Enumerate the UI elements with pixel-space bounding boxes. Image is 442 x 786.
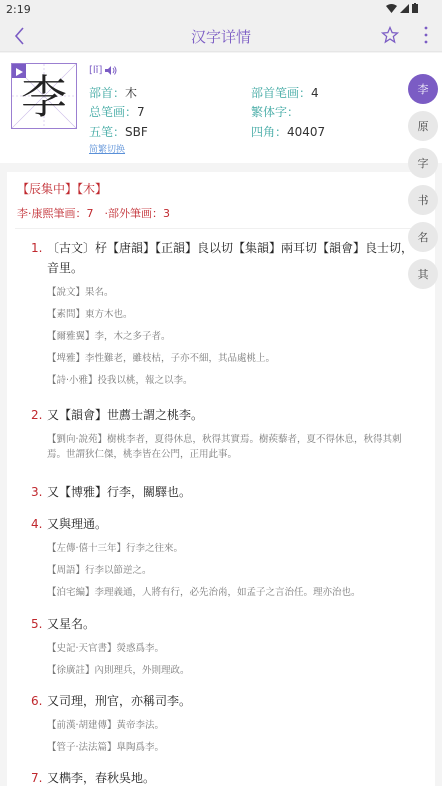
section-side-nav: 李 原 字 书 名 其 bbox=[408, 74, 438, 296]
citation: 【左傳·僖十三年】行李之往來。 bbox=[47, 541, 417, 556]
definition-number: 4. bbox=[31, 514, 42, 534]
app-bar: 汉字详情 bbox=[0, 20, 442, 52]
divider bbox=[15, 228, 427, 229]
battery-icon bbox=[412, 3, 418, 13]
definition-text: 又【博雅】行李，關驛也。 bbox=[47, 482, 417, 502]
signal-icon bbox=[400, 4, 409, 13]
side-nav-yuan[interactable]: 原 bbox=[408, 111, 438, 141]
citation: 【爾雅翼】李，木之多子者。 bbox=[47, 329, 417, 344]
definition-text: 〔古文〕杍【唐韻】【正韻】良以切【集韻】兩耳切【韻會】良士切，𣐈音里。 bbox=[47, 238, 417, 278]
definition-text: 又與理通。 bbox=[47, 514, 417, 534]
play-stroke-button[interactable] bbox=[12, 64, 26, 78]
kangxi-heading: 【辰集中】【木】 bbox=[17, 180, 107, 197]
side-nav-qi[interactable]: 其 bbox=[408, 259, 438, 289]
citation: 【前漢·胡建傳】黃帝李法。 bbox=[47, 718, 417, 733]
page-title: 汉字详情 bbox=[0, 26, 442, 47]
definition-item: 6. 又司理，刑官，亦稱司李。 【前漢·胡建傳】黃帝李法。 【管子·法法篇】臯陶… bbox=[7, 691, 417, 768]
play-icon bbox=[12, 65, 26, 79]
definition-item: 2. 又【韻會】世薦士謂之桃李。 【劉向·說苑】樹桃李者，夏得休息，秋得其實焉。… bbox=[7, 405, 417, 482]
definition-number: 5. bbox=[31, 614, 42, 634]
status-icons bbox=[386, 3, 418, 13]
status-bar: 2:19 bbox=[0, 0, 442, 20]
citation: 【管子·法法篇】臯陶爲李。 bbox=[47, 740, 417, 755]
definition-item: 4. 又與理通。 【左傳·僖十三年】行李之往來。 【周語】行李以節逆之。 【泊宅… bbox=[7, 514, 417, 614]
speaker-icon[interactable] bbox=[105, 66, 117, 75]
citation: 【周語】行李以節逆之。 bbox=[47, 563, 417, 578]
kangxi-strokes: 李·康熙筆画：7 ·部外筆画：3 bbox=[17, 205, 170, 221]
kangxi-dictionary-panel: 【辰集中】【木】 李·康熙筆画：7 ·部外筆画：3 1. 〔古文〕杍【唐韻】【正… bbox=[7, 172, 435, 786]
citation: 【詩·小雅】投我以桃，報之以李。 bbox=[47, 373, 417, 388]
definition-list: 1. 〔古文〕杍【唐韻】【正韻】良以切【集韻】兩耳切【韻會】良士切，𣐈音里。 【… bbox=[7, 238, 417, 786]
definition-number: 6. bbox=[31, 691, 42, 711]
citation: 【泊宅編】李理義通，人將有行，必先治㡀，如孟子之言治任。理亦治也。 bbox=[47, 585, 417, 600]
wifi-icon bbox=[386, 4, 397, 13]
info-four-corner: 四角：40407 bbox=[251, 123, 325, 140]
citation: 【素問】東方木也。 bbox=[47, 307, 417, 322]
definition-number: 1. bbox=[31, 238, 42, 258]
info-wubi: 五笔：SBF bbox=[89, 123, 148, 140]
definition-text: 又檇李，春秋吳地。 bbox=[47, 768, 417, 786]
definition-text: 又星名。 bbox=[47, 614, 417, 634]
citation: 【史記·天官書】熒惑爲李。 bbox=[47, 641, 417, 656]
character-stroke-box[interactable]: 李 bbox=[11, 63, 77, 129]
definition-text: 又司理，刑官，亦稱司李。 bbox=[47, 691, 417, 711]
definition-number: 7. bbox=[31, 768, 42, 786]
side-nav-shu[interactable]: 书 bbox=[408, 185, 438, 215]
pinyin-row: [lǐ] bbox=[89, 65, 117, 76]
definition-item: 1. 〔古文〕杍【唐韻】【正韻】良以切【集韻】兩耳切【韻會】良士切，𣐈音里。 【… bbox=[7, 238, 417, 398]
simplified-traditional-switch-link[interactable]: 简繁切换 bbox=[89, 142, 125, 155]
side-nav-li[interactable]: 李 bbox=[408, 74, 438, 104]
citation: 【徐廣註】內則理兵，外則理政。 bbox=[47, 663, 417, 678]
definition-text: 又【韻會】世薦士謂之桃李。 bbox=[47, 405, 417, 425]
more-menu-icon[interactable] bbox=[422, 25, 430, 45]
definition-number: 3. bbox=[31, 482, 42, 502]
citation: 【劉向·說苑】樹桃李者，夏得休息，秋得其實焉。樹蒺藜者，夏不得休息，秋得其刺焉。… bbox=[47, 432, 417, 462]
definition-number: 2. bbox=[31, 405, 42, 425]
info-traditional: 繁体字： bbox=[251, 103, 299, 120]
pinyin-text: [lǐ] bbox=[89, 65, 102, 76]
side-nav-zi[interactable]: 字 bbox=[408, 148, 438, 178]
character-summary-card: 李 [lǐ] 部首：木 部首笔画：4 总笔画：7 繁体字： 五笔：SBF 四角：… bbox=[0, 53, 442, 163]
info-radical: 部首：木 bbox=[89, 84, 137, 101]
definition-item: 3. 又【博雅】行李，關驛也。 bbox=[7, 482, 417, 514]
info-total-strokes: 总笔画：7 bbox=[89, 103, 145, 120]
info-radical-strokes: 部首笔画：4 bbox=[251, 84, 319, 101]
side-nav-ming[interactable]: 名 bbox=[408, 222, 438, 252]
citation: 【埤雅】李性難老，雖枝枯，子亦不細，其品處桃上。 bbox=[47, 351, 417, 366]
definition-item: 7. 又檇李，春秋吳地。 bbox=[7, 768, 417, 786]
citation: 【說文】果名。 bbox=[47, 285, 417, 300]
definition-item: 5. 又星名。 【史記·天官書】熒惑爲李。 【徐廣註】內則理兵，外則理政。 bbox=[7, 614, 417, 691]
favorite-star-icon[interactable] bbox=[380, 25, 400, 45]
status-time: 2:19 bbox=[6, 3, 31, 16]
